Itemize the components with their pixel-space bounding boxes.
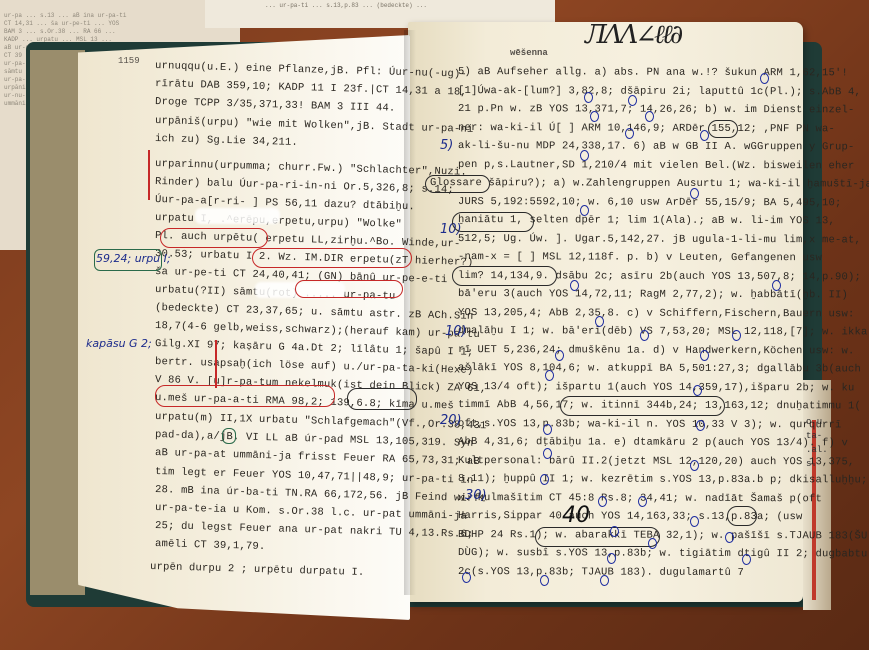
- zero-annotation-icon: [625, 128, 634, 139]
- text-line: YOS 13/4 oft); išpartu 1(auch YOS 14,359…: [458, 381, 855, 394]
- text-line: rī UET 5,236,24; dmuškēnu 1a. d) v Handw…: [458, 344, 855, 357]
- circled-annotation: [452, 212, 534, 232]
- green-box-annotation: [222, 428, 236, 444]
- margin-note: 5): [440, 138, 453, 153]
- circled-annotation: [535, 527, 660, 547]
- zero-annotation-icon: [540, 474, 549, 485]
- text-line: -nam-x = [ ] MSL 12,118f. p. b) v Leuten…: [458, 251, 822, 264]
- margin-note: 20): [440, 413, 462, 428]
- zero-annotation-icon: [640, 330, 649, 341]
- circled-annotation: [452, 266, 557, 286]
- text-line: Glossare šāpiru?); a) w.Zahlengruppen Au…: [430, 177, 869, 191]
- correction-fluid: [195, 208, 280, 224]
- red-margin-line: [148, 150, 150, 200]
- red-arrow-line: [215, 340, 217, 388]
- circled-annotation: [708, 120, 738, 138]
- text-line: ner: wa-ki-il Ú[ ] ARM 10,146,9; ARDēr 1…: [458, 122, 835, 135]
- red-circled-annotation: [295, 280, 403, 298]
- text-line: pen p,s.Lautner,SD 1,210/4 mit vielen Be…: [458, 159, 855, 172]
- zero-annotation-icon: [595, 316, 604, 327]
- circled-annotation: [560, 396, 725, 416]
- zero-annotation-icon: [725, 532, 734, 543]
- red-circled-annotation: [252, 248, 412, 268]
- margin-note: 30): [465, 488, 487, 503]
- zero-annotation-icon: [772, 280, 781, 291]
- zero-annotation-icon: [696, 420, 705, 431]
- cover-board-edge: [30, 50, 85, 595]
- zero-annotation-icon: [607, 553, 616, 564]
- text-line: Kultpersonal: bārû II.2(jetzt MSL 12,120…: [458, 455, 855, 468]
- zero-annotation-icon: [690, 188, 699, 199]
- text-line: 5) aB Aufseher allg. a) abs. PN ana w.!?…: [458, 66, 848, 79]
- text-line: DÙG); w. susbî s.YOS 13,p.83b; w. tigiāt…: [458, 547, 868, 560]
- zero-annotation-icon: [648, 538, 657, 549]
- zero-annotation-icon: [600, 575, 609, 586]
- zero-annotation-icon: [543, 448, 552, 459]
- zero-annotation-icon: [590, 111, 599, 122]
- zero-annotation-icon: [580, 205, 589, 216]
- zero-annotation-icon: [555, 350, 564, 361]
- zero-annotation-icon: [462, 572, 471, 583]
- red-circled-annotation: [160, 228, 268, 248]
- entry-header: wēšenna: [510, 48, 548, 58]
- margin-note: kapāsu G 2;: [86, 337, 152, 350]
- zero-annotation-icon: [690, 460, 699, 471]
- zero-annotation-icon: [610, 526, 619, 537]
- handwritten-scribble: ЛΛΛ∠ℓℓ∂: [585, 20, 680, 50]
- margin-note: 59,24; urpu I;: [96, 252, 171, 265]
- zero-annotation-icon: [760, 73, 769, 84]
- zero-annotation-icon: [570, 280, 579, 291]
- zero-annotation-icon: [638, 496, 647, 507]
- zero-annotation-icon: [545, 370, 554, 381]
- text-line: ak-li-šu-nu MDP 24,338,17. 6) aB w GB II…: [458, 140, 855, 153]
- text-line: bā'eru 3(auch YOS 14,72,11; RagM 2,77,2)…: [458, 288, 848, 301]
- margin-note-large: 40: [562, 503, 590, 528]
- text-line: oft,s.YOS 13,p.83b; wa-ki-il n. YOS 10,3…: [458, 418, 842, 431]
- zero-annotation-icon: [700, 350, 709, 361]
- text-line: 512,5; Ug. Úw. ]. Ugar.5,142,27. jB ugul…: [458, 233, 861, 246]
- text-line: 21 p.Pn w. zB YOS 13,371,7; 14,26,26; b)…: [458, 103, 855, 116]
- text-line: BDHP 24 Rs.1); w. abarakkī TEBA 32,1); w…: [458, 529, 868, 542]
- zero-annotation-icon: [690, 516, 699, 527]
- text-line: [1]Úwa-ak-[lum?] 3,82,8; dšāpiru 2i; lap…: [458, 85, 861, 98]
- zero-annotation-icon: [628, 95, 637, 106]
- zero-annotation-icon: [732, 330, 741, 341]
- zero-annotation-icon: [700, 130, 709, 141]
- text-line: dmalāḫu I 1; w. bā'erī(dēb) VS 7,53,20; …: [458, 325, 868, 338]
- circled-annotation: [425, 175, 490, 193]
- page-number: 1159: [118, 56, 140, 66]
- zero-annotation-icon: [645, 111, 654, 122]
- zero-annotation-icon: [598, 496, 607, 507]
- zero-annotation-icon: [543, 424, 552, 435]
- zero-annotation-icon: [693, 385, 702, 396]
- black-circled-annotation: [347, 388, 417, 410]
- text-line: AbB 4,31,6; dṭābiḫu 1a. e) dtamkāru 2 p(…: [458, 436, 848, 449]
- zero-annotation-icon: [584, 92, 593, 103]
- margin-note: 10): [445, 324, 467, 339]
- zero-annotation-icon: [540, 575, 549, 586]
- text-line: JURS 5,192:5592,10; w. 6,10 usw ArDēr 55…: [458, 196, 842, 209]
- red-circled-annotation: [155, 385, 335, 407]
- text-line: ašlākī YOS 8,104,6; w. atkuppī BA 5,501:…: [458, 362, 861, 375]
- circled-annotation: [727, 506, 757, 526]
- text-line: 8.11); ḫuppû II 1; w. kezrētim s.YOS 13,…: [458, 473, 868, 486]
- zero-annotation-icon: [742, 554, 751, 565]
- zero-annotation-icon: [580, 150, 589, 161]
- text-line: YOS 13,205,4; AbB 2,35,8. c) v Schiffern…: [458, 307, 855, 320]
